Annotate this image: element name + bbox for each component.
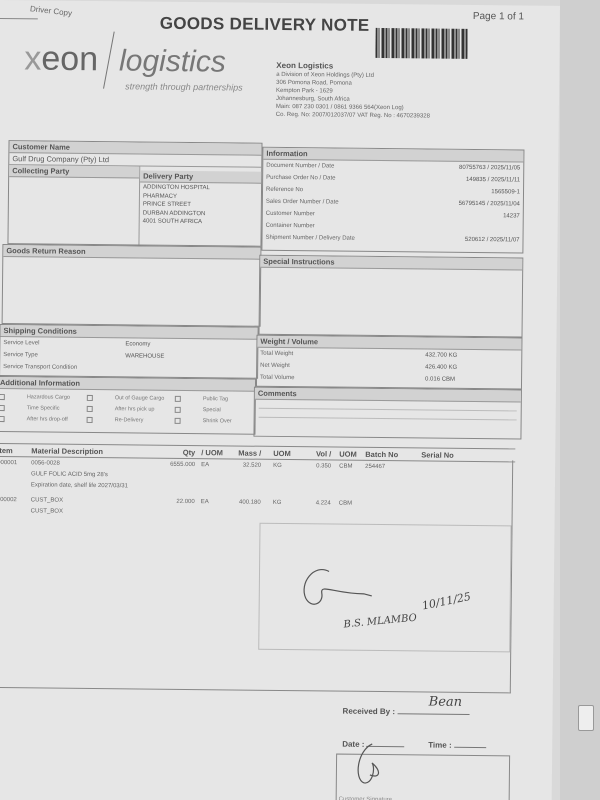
additional-option-label: Public Tag (203, 396, 255, 403)
service-level-value: Economy (125, 341, 150, 347)
sales-order-value: 56795145 / 2025/11/04 (459, 201, 520, 208)
additional-checkbox[interactable] (0, 405, 5, 411)
additional-checkbox[interactable] (175, 395, 181, 401)
col-serial: Serial No (421, 450, 481, 460)
shipping-label: Service Type (3, 352, 125, 359)
col-item: Item (0, 445, 31, 454)
logo-eon: eon (41, 40, 98, 79)
barcode-icon (375, 28, 467, 59)
page-number: Page 1 of 1 (473, 11, 524, 23)
background-edge (560, 0, 600, 800)
received-signature: Bean (429, 695, 463, 710)
driver-copy-underline (0, 18, 38, 19)
additional-checkbox[interactable] (87, 394, 93, 400)
customer-number-value: 14237 (503, 213, 520, 219)
col-vol: Vol / (301, 449, 331, 458)
reference-no-value: 1565509-1 (491, 189, 520, 195)
special-instructions-section: Special Instructions (259, 255, 524, 338)
company-address: Xeon Logistics a Division of Xeon Holdin… (276, 61, 431, 121)
additional-info-section: Additional Information Hazardous CargoOu… (0, 376, 256, 435)
time-label: Time : (428, 741, 486, 751)
received-by-line (397, 713, 469, 715)
customer-section: Customer Name Gulf Drug Company (Pty) Lt… (7, 140, 262, 247)
additional-option-label: After hrs drop-off (27, 416, 79, 423)
driver-copy-label: Driver Copy (30, 4, 73, 18)
additional-option-label: Time Specific (27, 405, 79, 412)
company-line: Co. Reg. No: 2007/012037/07 VAT Reg. No … (276, 111, 430, 121)
weight-volume-section: Weight / Volume Total Weight432.700 KG N… (256, 335, 523, 390)
additional-checkbox[interactable] (175, 406, 181, 412)
time-line (454, 747, 486, 748)
additional-checkbox[interactable] (175, 417, 181, 423)
additional-checkbox[interactable] (87, 405, 93, 411)
service-type-value: WAREHOUSE (125, 353, 164, 359)
driver-signature-icon (294, 553, 405, 614)
delivery-address-line: 4001 SOUTH AFRICA (143, 218, 258, 228)
shipping-label: Service Transport Condition (3, 364, 125, 371)
total-weight-value: 432.700 KG (425, 352, 457, 358)
logo-tagline: strength through partnerships (125, 81, 243, 92)
delivery-note-page: Driver Copy GOODS DELIVERY NOTE Page 1 o… (0, 0, 560, 800)
time-text: Time : (428, 741, 452, 750)
shipment-number-value: 520612 / 2025/11/07 (465, 237, 520, 244)
info-label: Customer Number (266, 211, 315, 218)
document-number-value: 80755763 / 2025/11/05 (459, 165, 520, 172)
logo-logistics: logistics (119, 44, 226, 78)
info-label: Purchase Order No / Date (266, 175, 335, 182)
weight-label: Net Weight (260, 363, 425, 371)
additional-checkbox[interactable] (0, 416, 5, 422)
comments-section: Comments (253, 387, 522, 440)
goods-return-header: Goods Return Reason (3, 245, 260, 260)
additional-option-label: Shrink Over (203, 418, 255, 425)
weight-label: Total Volume (260, 375, 425, 383)
col-vol-uom: UOM (331, 449, 365, 458)
info-label: Shipment Number / Delivery Date (265, 235, 354, 242)
col-qty: Qty (163, 447, 195, 456)
info-label: Document Number / Date (266, 163, 334, 170)
customer-signature-icon (352, 739, 413, 790)
additional-checkbox[interactable] (0, 394, 5, 400)
info-label: Sales Order Number / Date (266, 199, 339, 206)
received-by-text: Received By : (343, 707, 396, 717)
weight-label: Total Weight (260, 351, 425, 359)
info-label: Reference No (266, 187, 303, 193)
information-section: Information Document Number / Date807557… (261, 147, 524, 254)
clip-tab (578, 705, 594, 731)
special-instructions-header: Special Instructions (260, 256, 522, 271)
col-mass: Mass / (231, 448, 261, 457)
collecting-party-header: Collecting Party (9, 165, 139, 178)
document-title: GOODS DELIVERY NOTE (160, 14, 370, 36)
additional-checkbox[interactable] (87, 416, 93, 422)
logo-divider (103, 32, 115, 89)
additional-option-label: Out of Gauge Cargo (115, 395, 167, 402)
info-label: Container Number (266, 223, 315, 230)
additional-option-label: Hazardous Cargo (27, 394, 79, 401)
col-batch: Batch No (365, 449, 421, 459)
purchase-order-value: 149835 / 2025/11/11 (466, 177, 520, 184)
additional-option-label: Special (203, 407, 255, 414)
shipping-label: Service Level (3, 340, 125, 347)
comments-header: Comments (255, 388, 521, 403)
shipping-section: Shipping Conditions Service LevelEconomy… (0, 324, 259, 379)
col-uom: / UOM (195, 448, 231, 457)
additional-option-label: After hrs pick up (115, 406, 167, 413)
additional-option-label: Re-Delivery (115, 417, 167, 424)
additional-info-row: After hrs drop-offRe-DeliveryShrink Over (0, 413, 255, 427)
goods-return-section: Goods Return Reason (2, 244, 262, 327)
total-volume-value: 0.016 CBM (425, 376, 455, 382)
logo-x: x (24, 39, 41, 77)
net-weight-value: 426.400 KG (425, 364, 457, 370)
customer-signature-label: Customer Signature (339, 797, 392, 800)
col-mass-uom: UOM (261, 448, 301, 457)
